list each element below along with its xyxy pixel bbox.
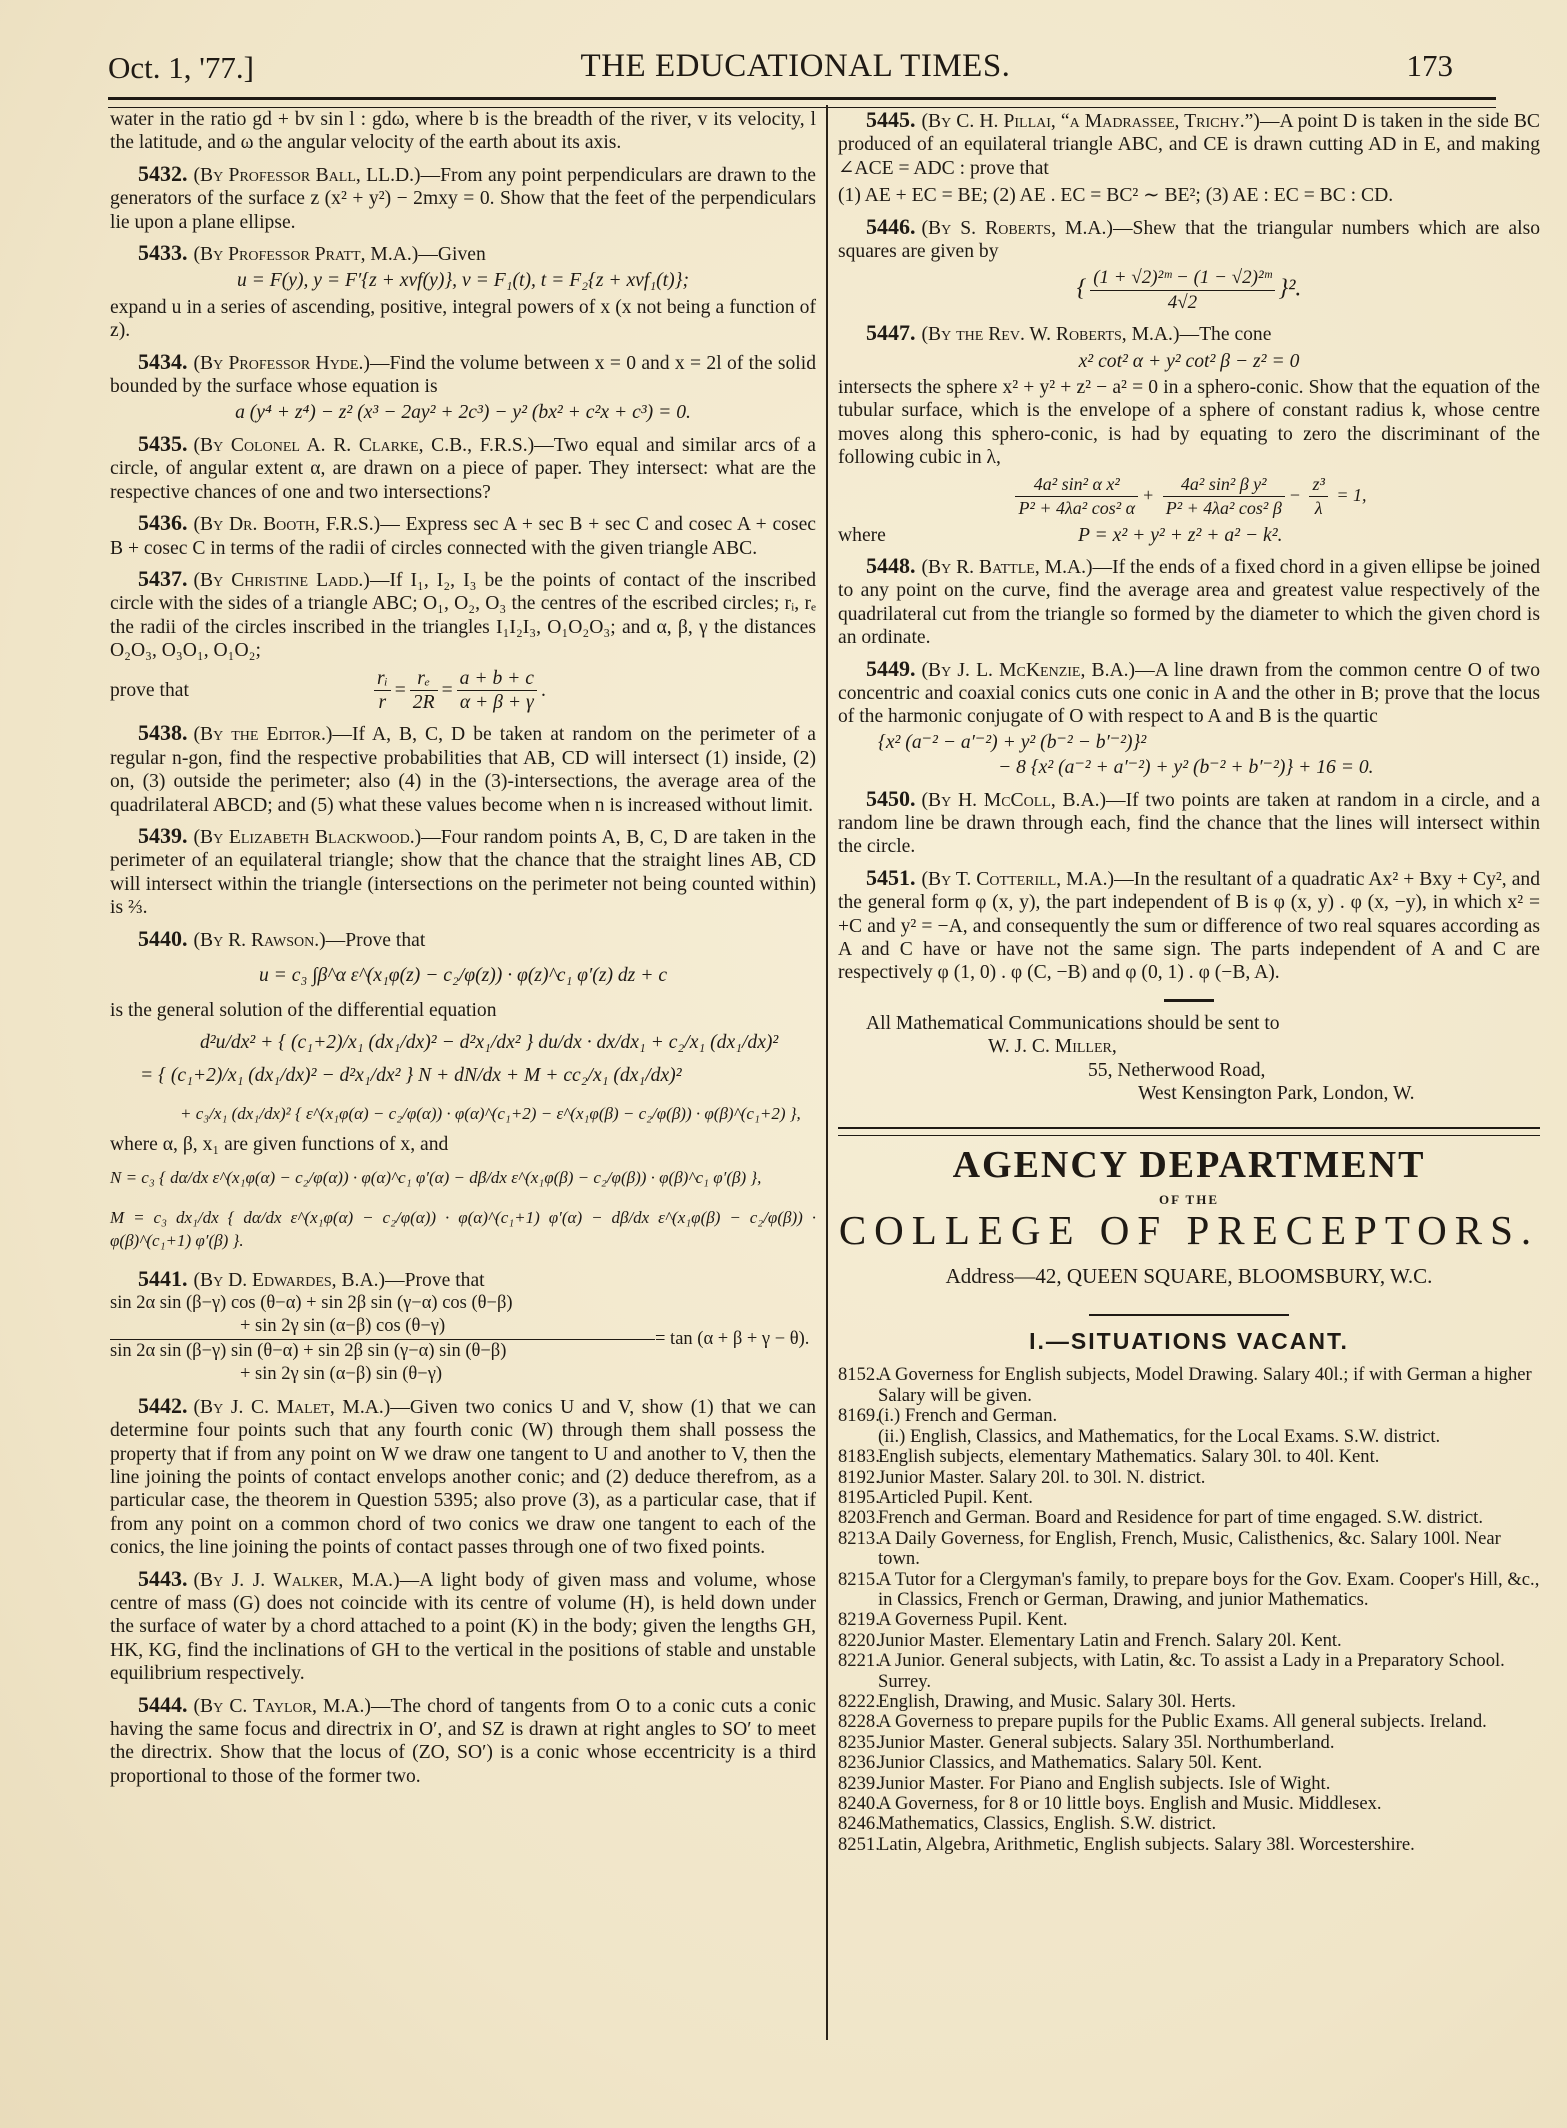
right-column: 5445.(By C. H. Pillai, “a Madrassee, Tri… [838, 108, 1540, 1855]
equation: a (y⁴ + z⁴) − z² (x³ − 2ay² + 2c³) − y² … [110, 401, 816, 424]
equation: u = F(y), y = F′{z + xvf(y)}, v = F₁(t),… [110, 269, 816, 292]
equation: x² cot² α + y² cot² β − z² = 0 [838, 350, 1540, 373]
question-5441: 5441.(By D. Edwardes, B.A.)—Prove that [110, 1267, 816, 1292]
list-item: 8251.Latin, Algebra, Arithmetic, English… [838, 1835, 1540, 1855]
equation: sin 2α sin (β−γ) cos (θ−α) + sin 2β sin … [110, 1292, 816, 1387]
question-5446: 5446.(By S. Roberts, M.A.)—Shew that the… [838, 215, 1540, 264]
page-number: 173 [1407, 48, 1454, 84]
question-5449: 5449.(By J. L. McKenzie, B.A.)—A line dr… [838, 657, 1540, 729]
situations-list: 8152.A Governess for English subjects, M… [838, 1365, 1540, 1855]
list-item: 8213.A Daily Governess, for English, Fre… [838, 1529, 1540, 1570]
list-item: 8228.A Governess to prepare pupils for t… [838, 1712, 1540, 1732]
question-5442: 5442.(By J. C. Malet, M.A.)—Given two co… [110, 1394, 816, 1560]
question-text: intersects the sphere x² + y² + z² − a² … [838, 376, 1540, 470]
list-item: 8152.A Governess for English subjects, M… [838, 1365, 1540, 1406]
question-5434: 5434.(By Professor Hyde.)—Find the volum… [110, 350, 816, 399]
section-rule [838, 1127, 1540, 1136]
editor-city: West Kensington Park, London, W. [838, 1082, 1540, 1105]
header-rule [108, 97, 1496, 108]
section-heading: I.—SITUATIONS VACANT. [838, 1330, 1540, 1353]
question-5433: 5433.(By Professor Pratt, M.A.)—Given [110, 241, 816, 266]
equation: where P = x² + y² + z² + a² − k². [838, 524, 1540, 547]
question-text: where α, β, x₁ are given functions of x,… [110, 1133, 816, 1156]
question-5440: 5440.(By R. Rawson.)—Prove that [110, 927, 816, 952]
left-column: water in the ratio gd + bv sin l : gdω, … [110, 108, 816, 1788]
list-item: 8236.Junior Classics, and Mathematics. S… [838, 1753, 1540, 1773]
equation: M = c₃ dx₁/dx { dα/dx ε^(x₁φ(α) − c₂/φ(α… [110, 1206, 816, 1253]
list-item: 8220.Junior Master. Elementary Latin and… [838, 1631, 1540, 1651]
question-5432: 5432.(By Professor Ball, LL.D.)—From any… [110, 162, 816, 234]
question-text: is the general solution of the different… [110, 999, 816, 1022]
equation: {(1 + √2)²ᵐ − (1 − √2)²ᵐ4√2}². [838, 266, 1540, 314]
question-5438: 5438.(By the Editor.)—If A, B, C, D be t… [110, 721, 816, 817]
list-item: 8169.(i.) French and German. [838, 1406, 1540, 1426]
equation: − 8 {x² (a⁻² + a′⁻²) + y² (b⁻² + b′⁻²)} … [838, 756, 1540, 779]
question-5443: 5443.(By J. J. Walker, M.A.)—A light bod… [110, 1567, 816, 1686]
communications-notice: All Mathematical Communications should b… [838, 1012, 1540, 1035]
question-5439: 5439.(By Elizabeth Blackwood.)—Four rand… [110, 824, 816, 920]
question-5448: 5448.(By R. Battle, M.A.)—If the ends of… [838, 554, 1540, 650]
question-5451: 5451.(By T. Cotterill, M.A.)—In the resu… [838, 866, 1540, 985]
college-title: COLLEGE OF PRECEPTORS. [838, 1219, 1540, 1242]
list-item: 8215.A Tutor for a Clergyman's family, t… [838, 1570, 1540, 1611]
divider [1164, 999, 1214, 1002]
list-item: 8240.A Governess, for 8 or 10 little boy… [838, 1794, 1540, 1814]
list-item: 8203.French and German. Board and Reside… [838, 1508, 1540, 1528]
column-divider [826, 105, 828, 2040]
newspaper-page: Oct. 1, '77.] THE EDUCATIONAL TIMES. 173… [0, 0, 1567, 2128]
editor-name: W. J. C. Miller, [838, 1035, 1540, 1058]
continuation-text: water in the ratio gd + bv sin l : gdω, … [110, 108, 816, 155]
page-header: Oct. 1, '77.] THE EDUCATIONAL TIMES. 173 [108, 48, 1483, 92]
list-item: 8183.English subjects, elementary Mathem… [838, 1447, 1540, 1467]
list-item: (ii.) English, Classics, and Mathematics… [838, 1427, 1540, 1447]
list-item: 8222.English, Drawing, and Music. Salary… [838, 1692, 1540, 1712]
list-item: 8235.Junior Master. General subjects. Sa… [838, 1733, 1540, 1753]
list-item: 8246.Mathematics, Classics, English. S.W… [838, 1814, 1540, 1834]
question-5445: 5445.(By C. H. Pillai, “a Madrassee, Tri… [838, 108, 1540, 180]
equation: {x² (a⁻² − a′⁻²) + y² (b⁻² − b′⁻²)}² [838, 731, 1540, 754]
question-text: expand u in a series of ascending, posit… [110, 296, 816, 343]
equation: d²u/dx² + { (c₁+2)/x₁ (dx₁/dx)² − d²x₁/d… [110, 1031, 816, 1054]
list-item: 8239.Junior Master. For Piano and Englis… [838, 1774, 1540, 1794]
list-item: 8221.A Junior. General subjects, with La… [838, 1651, 1540, 1692]
question-5436: 5436.(By Dr. Booth, F.R.S.)— Express sec… [110, 511, 816, 560]
equation: prove that rᵢr= rₑ2R= a + b + cα + β + γ… [110, 667, 816, 715]
question-5450: 5450.(By H. McColl, B.A.)—If two points … [838, 787, 1540, 859]
equation: = { (c₁+2)/x₁ (dx₁/dx)² − d²x₁/dx² } N +… [110, 1064, 816, 1087]
editor-street: 55, Netherwood Road, [838, 1059, 1540, 1082]
equation: N = c₃ { dα/dx ε^(x₁φ(α) − c₂/φ(α)) · φ(… [110, 1166, 816, 1189]
agency-address: Address—42, QUEEN SQUARE, BLOOMSBURY, W.… [838, 1265, 1540, 1288]
question-5447: 5447.(By the Rev. W. Roberts, M.A.)—The … [838, 321, 1540, 346]
question-5437: 5437.(By Christine Ladd.)—If I₁, I₂, I₃ … [110, 567, 816, 663]
equation: u = c₃ ∫β^α ε^(x₁φ(z) − c₂/φ(z)) · φ(z)^… [110, 964, 816, 987]
equation: (1) AE + EC = BE; (2) AE . EC = BC² ∼ BE… [838, 184, 1540, 207]
question-5435: 5435.(By Colonel A. R. Clarke, C.B., F.R… [110, 432, 816, 504]
publication-title: THE EDUCATIONAL TIMES. [108, 48, 1483, 85]
equation: 4a² sin² α x²P² + 4λa² cos² α+ 4a² sin² … [838, 473, 1540, 521]
list-item: 8219.A Governess Pupil. Kent. [838, 1610, 1540, 1630]
list-item: 8192.Junior Master. Salary 20l. to 30l. … [838, 1468, 1540, 1488]
list-item: 8195.Articled Pupil. Kent. [838, 1488, 1540, 1508]
question-5444: 5444.(By C. Taylor, M.A.)—The chord of t… [110, 1693, 816, 1789]
equation: + c₃/x₁ (dx₁/dx)² { ε^(x₁φ(α) − c₂/φ(α))… [110, 1102, 816, 1125]
divider [1089, 1314, 1289, 1316]
agency-title: AGENCY DEPARTMENT [838, 1154, 1540, 1177]
